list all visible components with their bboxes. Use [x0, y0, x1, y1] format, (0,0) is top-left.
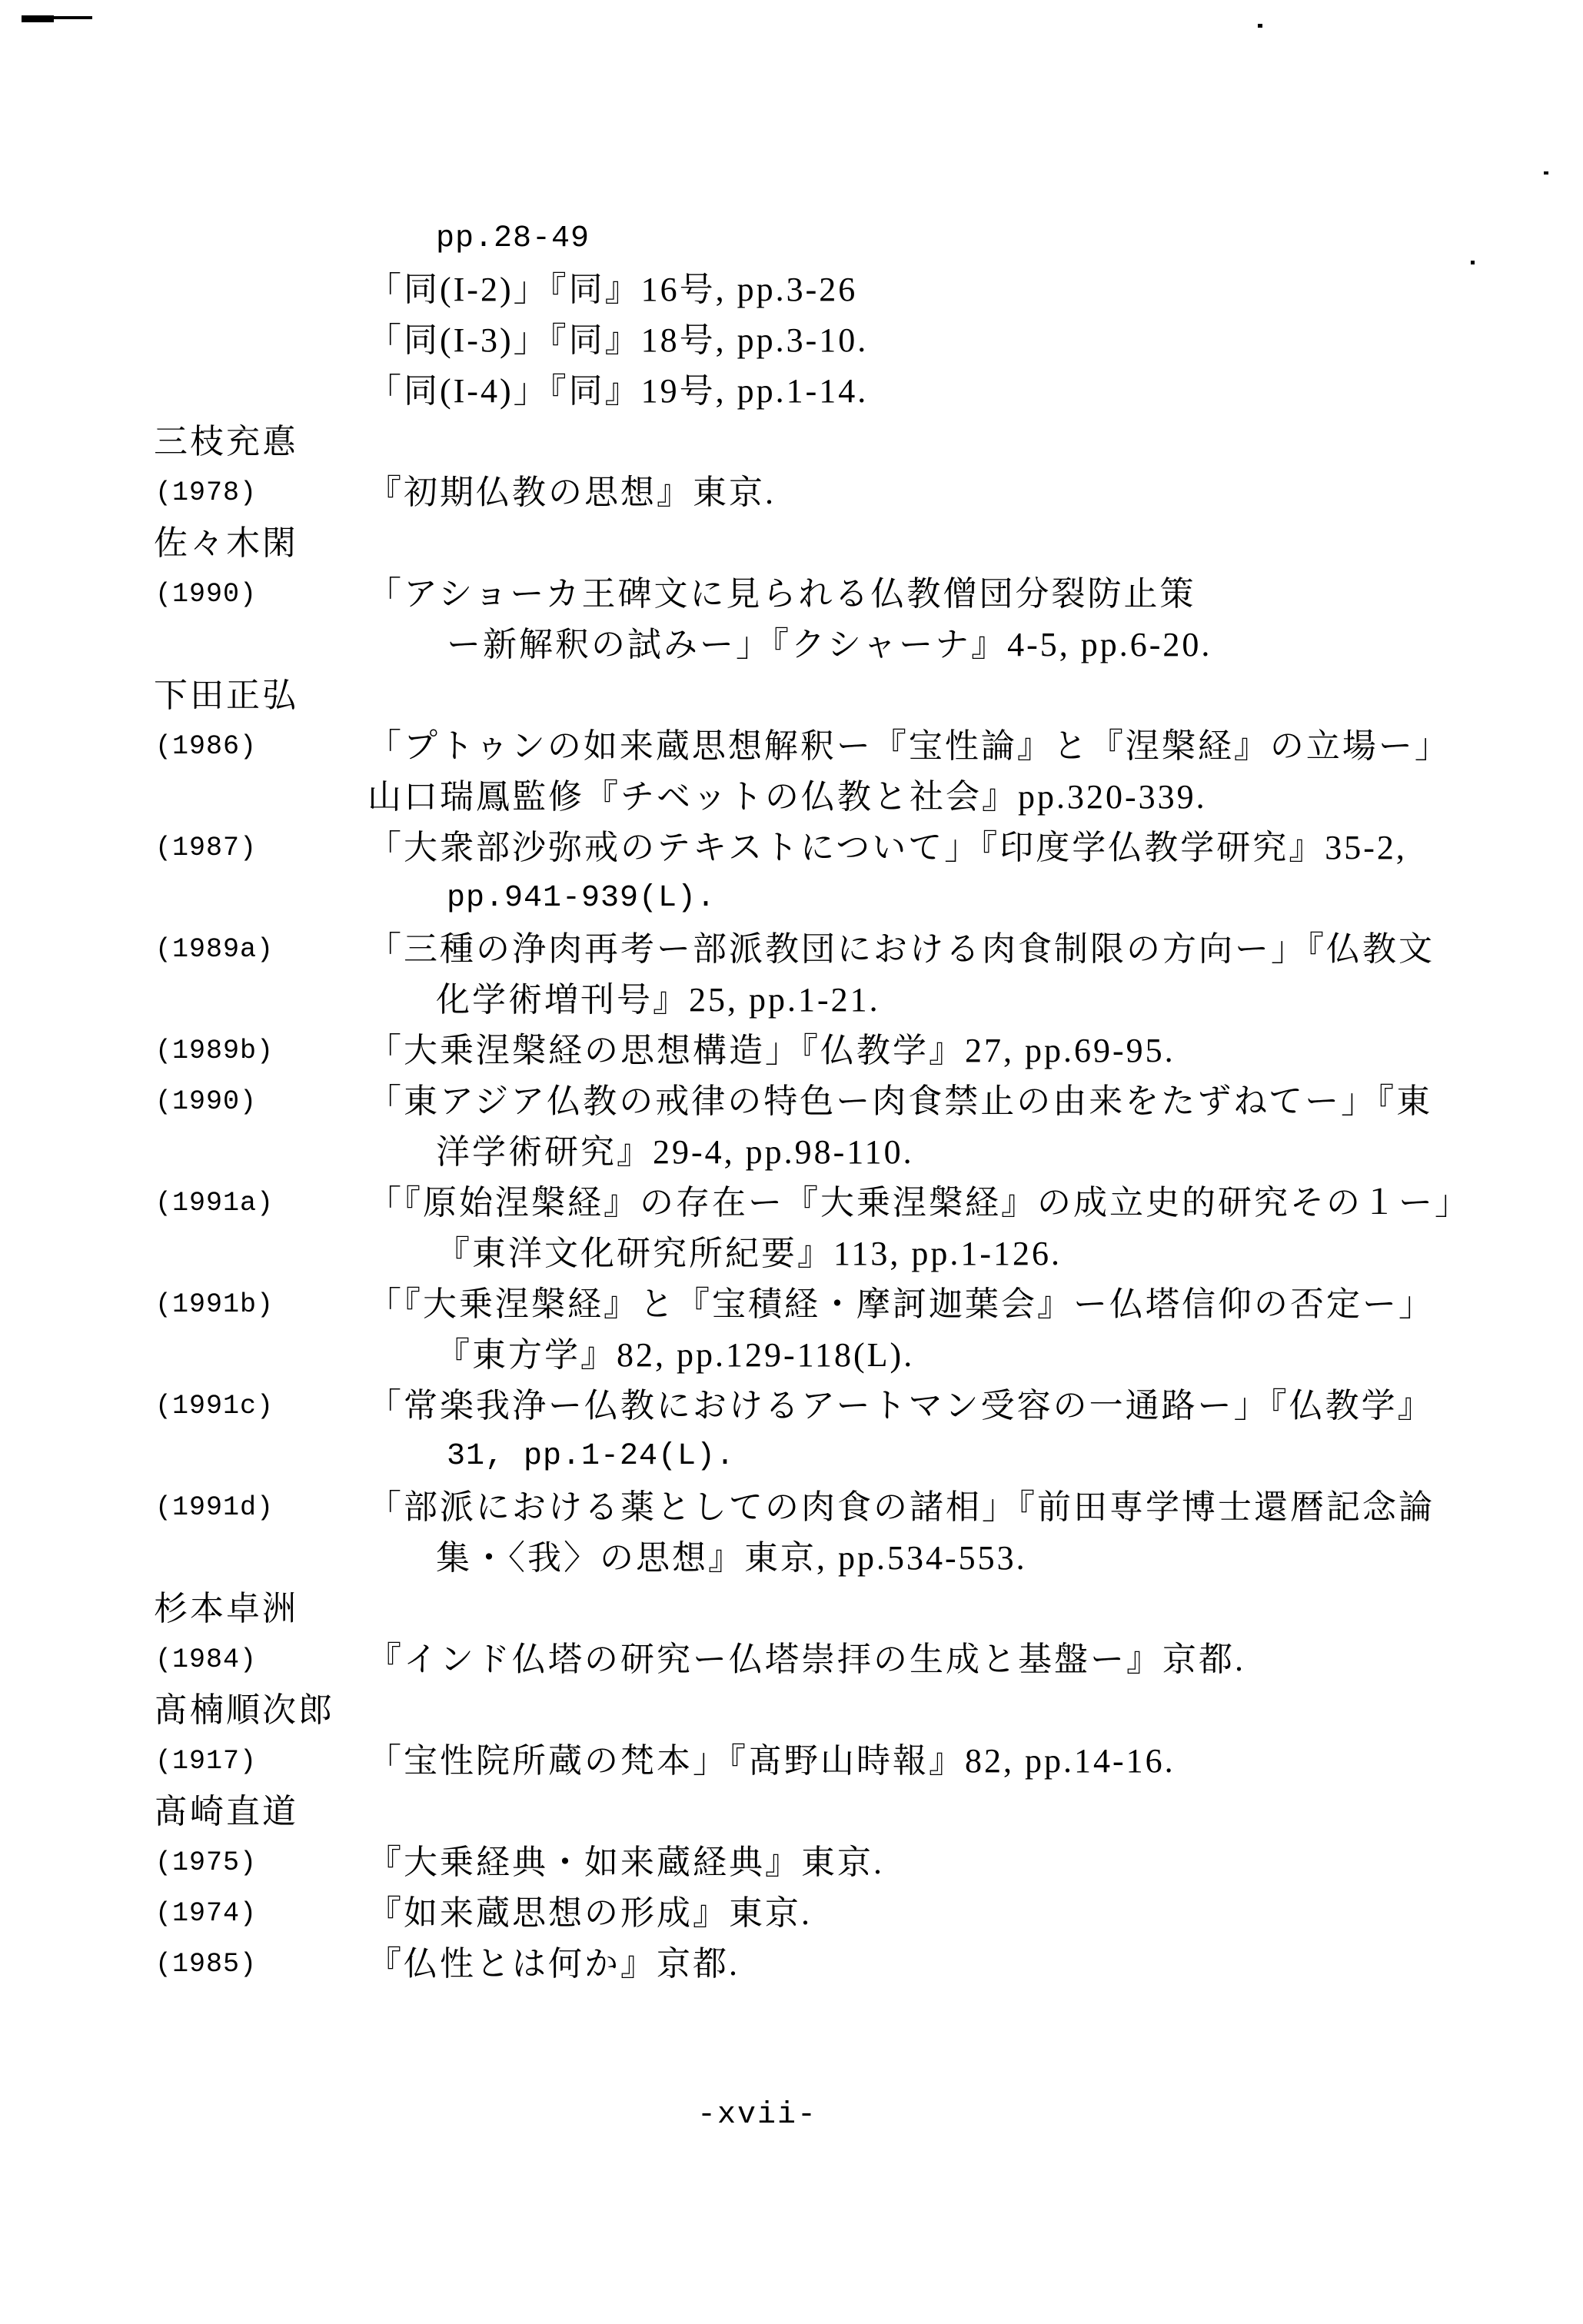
- bib-row: (1991c)「常楽我浄ー仏教におけるアートマン受容の一通路ー」『仏教学』: [0, 1381, 1583, 1431]
- bib-line: 「『大乗涅槃経』と『宝積経・摩訶迦葉会』ー仏塔信仰の否定ー」: [367, 1279, 1435, 1330]
- bib-line: 『東方学』82, pp.129-118(L).: [436, 1330, 914, 1381]
- bib-row: (1985)『仏性とは何か』京都.: [0, 1939, 1583, 1990]
- bib-line: 「『原始涅槃経』の存在ー『大乗涅槃経』の成立史的研究その１ー」: [367, 1178, 1471, 1228]
- bib-row: 集・〈我〉の思想』東京, pp.534-553.: [0, 1533, 1583, 1584]
- bib-line: pp.28-49: [436, 214, 590, 264]
- bib-line: 「同(I-2)」『同』16号, pp.3-26: [367, 264, 857, 315]
- bib-row: 髙楠順次郎: [0, 1685, 1583, 1736]
- work-year-label: (1985): [155, 1939, 257, 1990]
- bib-line: 『大乗経典・如来蔵経典』東京.: [367, 1837, 884, 1888]
- work-year-label: (1989b): [155, 1026, 274, 1076]
- bib-row: 三枝充悳: [0, 417, 1583, 467]
- work-year-label: (1989a): [155, 924, 274, 975]
- bib-row: (1989b)「大乗涅槃経の思想構造」『仏教学』27, pp.69-95.: [0, 1026, 1583, 1076]
- author-name: 髙崎直道: [154, 1787, 298, 1837]
- bib-row: 山口瑞鳳監修『チベットの仏教と社会』pp.320-339.: [0, 772, 1583, 823]
- bib-line: 『東洋文化研究所紀要』113, pp.1-126.: [436, 1228, 1062, 1279]
- bib-row: 「同(I-4)」『同』19号, pp.1-14.: [0, 366, 1583, 417]
- bib-row: 佐々木閑: [0, 518, 1583, 569]
- work-year-label: (1917): [155, 1736, 257, 1787]
- work-year-label: (1991c): [155, 1381, 274, 1431]
- bib-line: 「プトゥンの如来蔵思想解釈ー『宝性論』と『涅槃経』の立場ー」: [367, 721, 1451, 772]
- bib-line: 31, pp.1-24(L).: [447, 1431, 735, 1482]
- bib-line: 「部派における薬としての肉食の諸相」『前田専学博士還暦記念論: [367, 1482, 1435, 1533]
- bib-line: 「同(I-3)」『同』18号, pp.3-10.: [367, 315, 868, 366]
- bib-row: 31, pp.1-24(L).: [0, 1431, 1583, 1482]
- bib-row: 髙崎直道: [0, 1787, 1583, 1837]
- scanned-bibliography-page: pp.28-49「同(I-2)」『同』16号, pp.3-26「同(I-3)」『…: [0, 0, 1583, 2324]
- bib-row: ー新解釈の試みー」『クシャーナ』4-5, pp.6-20.: [0, 620, 1583, 670]
- bib-row: (1989a)「三種の浄肉再考ー部派教団における肉食制限の方向ー」『仏教文: [0, 924, 1583, 975]
- bib-row: (1990)「東アジア仏教の戒律の特色ー肉食禁止の由来をたずねてー」『東: [0, 1076, 1583, 1127]
- bib-row: pp.28-49: [0, 214, 1583, 264]
- bib-row: 化学術増刊号』25, pp.1-21.: [0, 975, 1583, 1026]
- bib-line: 「東アジア仏教の戒律の特色ー肉食禁止の由来をたずねてー」『東: [367, 1076, 1432, 1127]
- bib-line: pp.941-939(L).: [447, 873, 716, 924]
- bib-row: 『東洋文化研究所紀要』113, pp.1-126.: [0, 1228, 1583, 1279]
- bib-row: 「同(I-3)」『同』18号, pp.3-10.: [0, 315, 1583, 366]
- bib-row: 「同(I-2)」『同』16号, pp.3-26: [0, 264, 1583, 315]
- bib-row: (1991d)「部派における薬としての肉食の諸相」『前田専学博士還暦記念論: [0, 1482, 1583, 1533]
- bib-row: 『東方学』82, pp.129-118(L).: [0, 1330, 1583, 1381]
- bibliography-list: pp.28-49「同(I-2)」『同』16号, pp.3-26「同(I-3)」『…: [0, 214, 1583, 1990]
- work-year-label: (1991a): [155, 1178, 274, 1228]
- bib-row: (1975)『大乗経典・如来蔵経典』東京.: [0, 1837, 1583, 1888]
- page-number: -xvii-: [0, 2093, 1515, 2139]
- work-year-label: (1991b): [155, 1279, 274, 1330]
- bib-row: (1986)「プトゥンの如来蔵思想解釈ー『宝性論』と『涅槃経』の立場ー」: [0, 721, 1583, 772]
- bib-line: 「宝性院所蔵の梵本」『髙野山時報』82, pp.14-16.: [367, 1736, 1176, 1787]
- bib-row: 杉本卓洲: [0, 1584, 1583, 1634]
- scan-speck: [1258, 24, 1262, 28]
- work-year-label: (1984): [155, 1634, 257, 1685]
- bib-line: ー新解釈の試みー」『クシャーナ』4-5, pp.6-20.: [447, 620, 1212, 670]
- bib-line: 『如来蔵思想の形成』東京.: [367, 1888, 812, 1939]
- bib-row: 洋学術研究』29-4, pp.98-110.: [0, 1127, 1583, 1178]
- scan-smudge-mark: [22, 15, 54, 22]
- work-year-label: (1986): [155, 721, 257, 772]
- author-name: 杉本卓洲: [154, 1584, 298, 1634]
- scan-speck: [1544, 171, 1548, 175]
- bib-row: (1991b)「『大乗涅槃経』と『宝積経・摩訶迦葉会』ー仏塔信仰の否定ー」: [0, 1279, 1583, 1330]
- bib-line: 「大衆部沙弥戒のテキストについて」『印度学仏教学研究』35-2,: [367, 823, 1407, 873]
- bib-line: 『仏性とは何か』京都.: [367, 1939, 740, 1990]
- bib-row: pp.941-939(L).: [0, 873, 1583, 924]
- bib-row: (1990)「アショーカ王碑文に見られる仏教僧団分裂防止策: [0, 569, 1583, 620]
- bib-row: (1978)『初期仏教の思想』東京.: [0, 467, 1583, 518]
- work-year-label: (1990): [155, 1076, 257, 1127]
- bib-line: 山口瑞鳳監修『チベットの仏教と社会』pp.320-339.: [367, 772, 1207, 823]
- bib-line: 「大乗涅槃経の思想構造」『仏教学』27, pp.69-95.: [367, 1026, 1176, 1076]
- author-name: 三枝充悳: [154, 417, 298, 467]
- bib-line: 化学術増刊号』25, pp.1-21.: [436, 975, 880, 1026]
- bib-line: 「三種の浄肉再考ー部派教団における肉食制限の方向ー」『仏教文: [367, 924, 1435, 975]
- bib-line: 「常楽我浄ー仏教におけるアートマン受容の一通路ー」『仏教学』: [367, 1381, 1434, 1431]
- bib-row: (1991a)「『原始涅槃経』の存在ー『大乗涅槃経』の成立史的研究その１ー」: [0, 1178, 1583, 1228]
- author-name: 髙楠順次郎: [154, 1685, 334, 1736]
- author-name: 下田正弘: [154, 670, 298, 721]
- bib-line: 「アショーカ王碑文に見られる仏教僧団分裂防止策: [367, 569, 1196, 620]
- work-year-label: (1978): [155, 467, 257, 518]
- work-year-label: (1990): [155, 569, 257, 620]
- work-year-label: (1987): [155, 823, 257, 873]
- author-name: 佐々木閑: [154, 518, 298, 569]
- work-year-label: (1975): [155, 1837, 257, 1888]
- bib-line: 『初期仏教の思想』東京.: [367, 467, 776, 518]
- bib-row: 下田正弘: [0, 670, 1583, 721]
- bib-row: (1974)『如来蔵思想の形成』東京.: [0, 1888, 1583, 1939]
- work-year-label: (1974): [155, 1888, 257, 1939]
- work-year-label: (1991d): [155, 1482, 274, 1533]
- bib-row: (1987)「大衆部沙弥戒のテキストについて」『印度学仏教学研究』35-2,: [0, 823, 1583, 873]
- bib-row: (1917)「宝性院所蔵の梵本」『髙野山時報』82, pp.14-16.: [0, 1736, 1583, 1787]
- bib-line: 「同(I-4)」『同』19号, pp.1-14.: [367, 366, 868, 417]
- bib-line: 『インド仏塔の研究ー仏塔崇拝の生成と基盤ー』京都.: [367, 1634, 1245, 1685]
- bib-line: 集・〈我〉の思想』東京, pp.534-553.: [436, 1533, 1027, 1584]
- bib-line: 洋学術研究』29-4, pp.98-110.: [436, 1127, 914, 1178]
- bib-row: (1984)『インド仏塔の研究ー仏塔崇拝の生成と基盤ー』京都.: [0, 1634, 1583, 1685]
